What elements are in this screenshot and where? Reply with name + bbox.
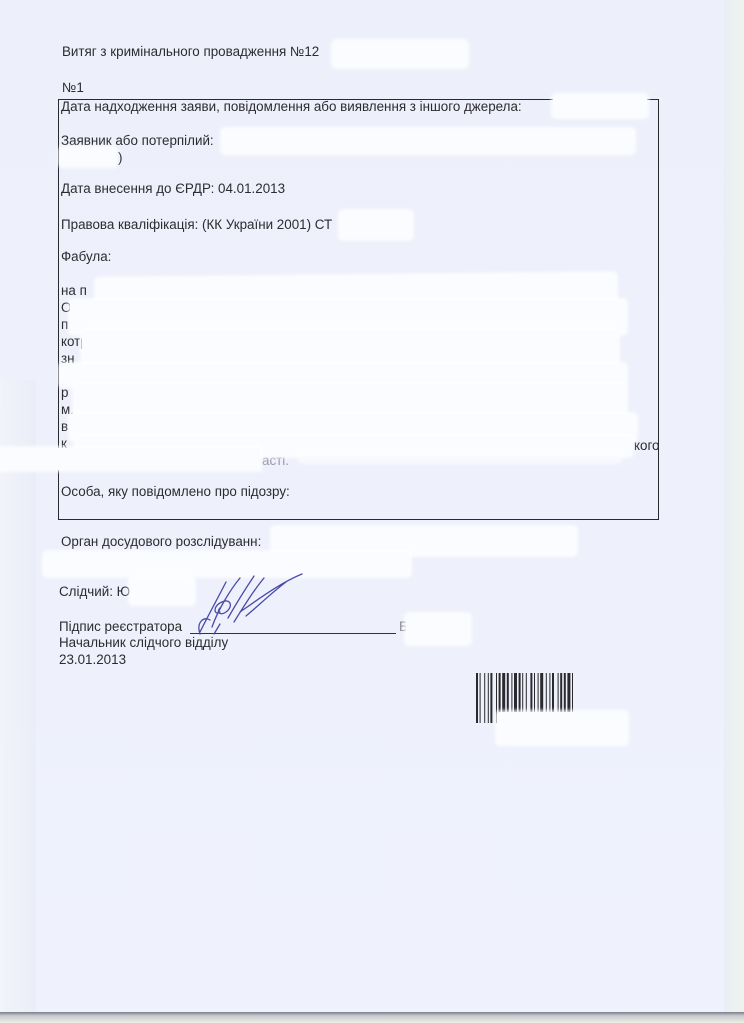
page-bottom-edge (0, 1012, 744, 1023)
suspect-label: Особа, яку повідомлено про підозру: (61, 484, 290, 500)
plot-line-3: п (61, 317, 68, 333)
receipt-date-label: Дата надходження заяви, повідомлення або… (61, 99, 522, 115)
redacted-plot-i (300, 452, 620, 462)
applicant-trailing: ) (118, 150, 122, 166)
record-number: №1 (62, 80, 84, 96)
registrar-signature-label: Підпис реєстратора (59, 619, 182, 635)
redacted-applicant (222, 129, 634, 153)
legal-qualification: Правова кваліфікація: (КК України 2001) … (61, 217, 332, 233)
redacted-investigation-body (272, 527, 576, 555)
investigator-label: Слідчий: Ю (59, 584, 130, 600)
redacted-plot-c (82, 330, 618, 366)
redacted-investigator (130, 578, 194, 604)
redacted-plot-e (74, 384, 626, 418)
document-title: Витяг з кримінального провадження №12 (62, 44, 319, 60)
handwritten-signature (190, 572, 310, 642)
document-date: 23.01.2013 (59, 652, 126, 668)
redacted-article (340, 211, 412, 239)
redacted-barcode-number (497, 712, 627, 744)
redacted-plot-b (70, 300, 626, 334)
plot-line-9: в (61, 419, 68, 435)
redacted-plot-d (60, 364, 626, 386)
plot-line-10-end: кого (634, 438, 660, 454)
page-fold-shadow (0, 380, 36, 1023)
redacted-registrar-name (406, 614, 470, 644)
investigation-body-label: Орган досудового розслідуванн: (61, 534, 261, 550)
erdr-date: Дата внесення до ЄРДР: 04.01.2013 (61, 181, 285, 197)
plot-label: Фабула: (61, 249, 111, 265)
applicant-label: Заявник або потерпілий: (61, 133, 214, 149)
redacted-applicant-line2 (60, 148, 116, 166)
redacted-plot-h (0, 448, 260, 470)
plot-line-1: на п (61, 283, 87, 299)
redacted-receipt-date (553, 95, 647, 117)
scan-margin (724, 0, 744, 1023)
plot-line-7: р (61, 385, 68, 401)
redacted-case-number (333, 41, 467, 67)
